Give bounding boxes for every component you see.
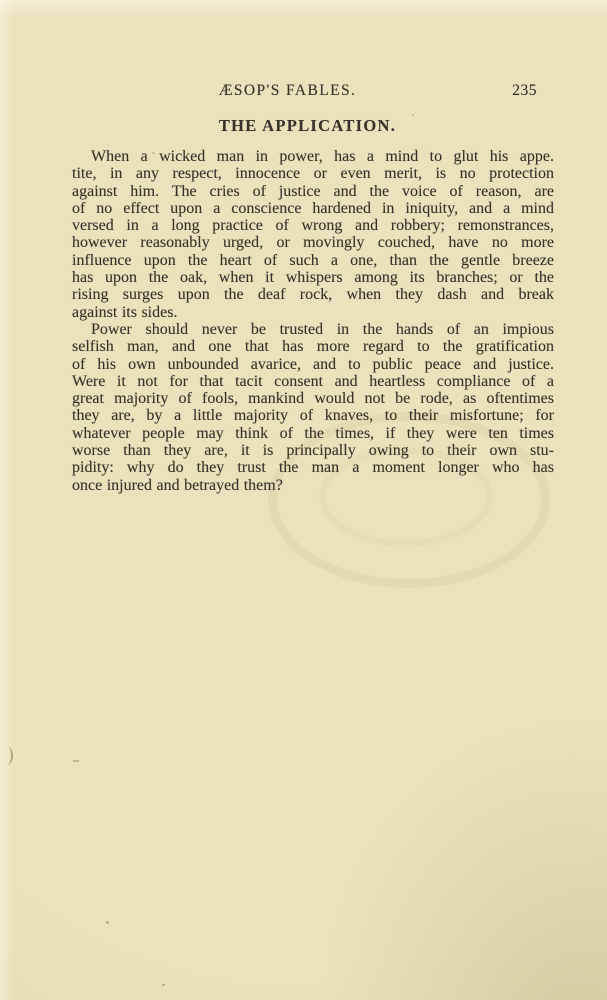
text-line: of no effect upon a conscience hardened …	[72, 200, 554, 217]
text-line: tite, in any respect, innocence or even …	[72, 165, 554, 182]
pencil-dash-mark	[73, 760, 79, 762]
text-line: worse than they are, it is principally o…	[72, 442, 554, 459]
running-header: ÆSOP'S FABLES. 235	[0, 82, 607, 100]
paper-speck	[152, 152, 155, 154]
text-line: against its sides.	[72, 304, 554, 321]
text-line: they are, by a little majority of knaves…	[72, 407, 554, 424]
paper-speck	[106, 921, 109, 924]
paper-speck	[412, 114, 414, 116]
running-title: ÆSOP'S FABLES.	[219, 82, 357, 100]
paragraph-1: When a wicked man in power, has a mind t…	[72, 148, 554, 321]
paper-speck	[162, 984, 165, 986]
text-line: whatever people may think of the times, …	[72, 425, 554, 442]
section-title: THE APPLICATION.	[0, 116, 607, 136]
page-number: 235	[512, 82, 537, 100]
pen-mark	[4, 747, 14, 765]
text-line: however reasonably urged, or movingly co…	[72, 234, 554, 251]
text-line: pidity: why do they trust the man a mome…	[72, 459, 554, 476]
text-line: When a wicked man in power, has a mind t…	[72, 148, 554, 165]
text-line: versed in a long practice of wrong and r…	[72, 217, 554, 234]
body-text: When a wicked man in power, has a mind t…	[72, 148, 554, 494]
text-line: against him. The cries of justice and th…	[72, 183, 554, 200]
text-line: rising surges upon the deaf rock, when t…	[72, 286, 554, 303]
text-line: selfish man, and one that has more regar…	[72, 338, 554, 355]
text-line: great majority of fools, mankind would n…	[72, 390, 554, 407]
text-line: Power should never be trusted in the han…	[72, 321, 554, 338]
book-page-scan: ÆSOP'S FABLES. 235 THE APPLICATION. When…	[0, 0, 607, 1000]
text-line: influence upon the heart of such a one, …	[72, 252, 554, 269]
text-line: Were it not for that tacit consent and h…	[72, 373, 554, 390]
paragraph-2: Power should never be trusted in the han…	[72, 321, 554, 494]
text-line: of his own unbounded avarice, and to pub…	[72, 356, 554, 373]
text-line: once injured and betrayed them?	[72, 477, 554, 494]
text-line: has upon the oak, when it whispers among…	[72, 269, 554, 286]
